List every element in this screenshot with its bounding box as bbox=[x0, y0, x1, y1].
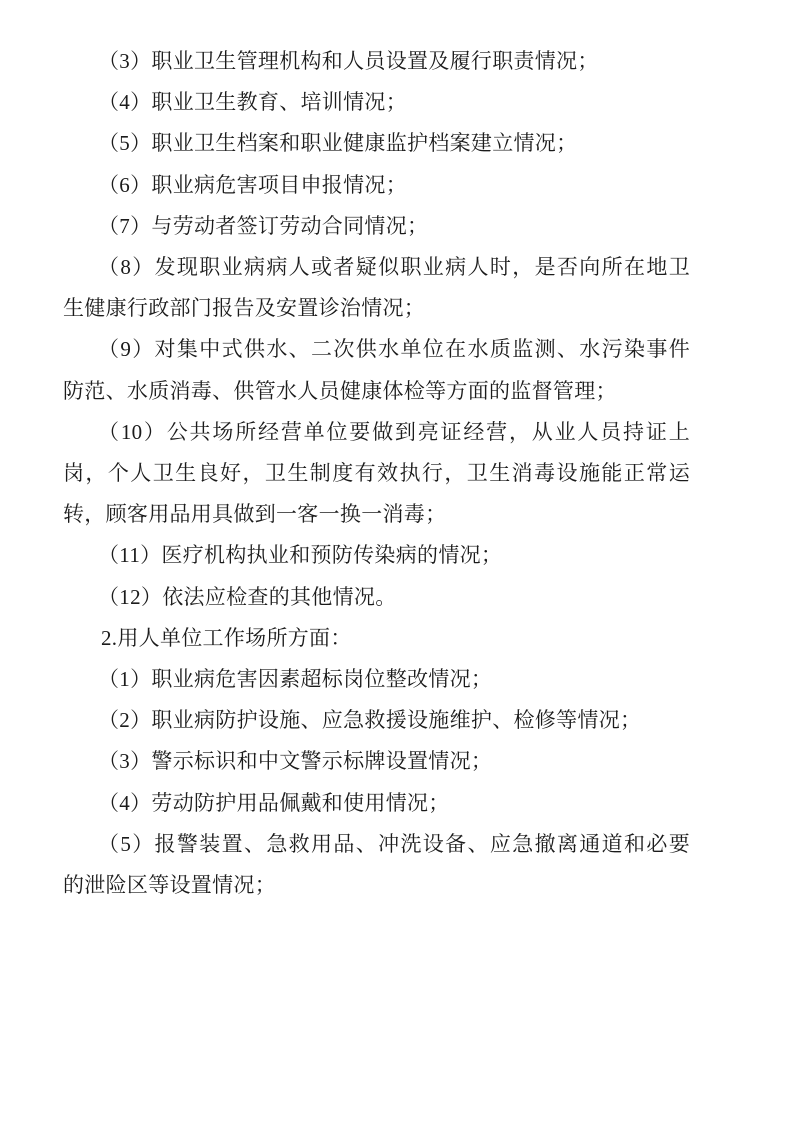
item-1-7: （7）与劳动者签订劳动合同情况； bbox=[63, 206, 690, 247]
text-line: 转，顾客用品用具做到一客一换一消毒； bbox=[63, 494, 690, 535]
section-2-heading: 2.用人单位工作场所方面： bbox=[63, 618, 690, 659]
item-2-3: （3）警示标识和中文警示标牌设置情况； bbox=[63, 741, 690, 782]
text-line: （6）职业病危害项目申报情况； bbox=[63, 165, 690, 206]
document-body: （3）职业卫生管理机构和人员设置及履行职责情况； （4）职业卫生教育、培训情况；… bbox=[63, 41, 690, 906]
text-line: （4）职业卫生教育、培训情况； bbox=[63, 82, 690, 123]
heading-line: 2.用人单位工作场所方面： bbox=[63, 618, 690, 659]
text-line: 防范、水质消毒、供管水人员健康体检等方面的监督管理； bbox=[63, 371, 690, 412]
text-line: （9）对集中式供水、二次供水单位在水质监测、水污染事件 bbox=[63, 329, 690, 370]
text-line: （2）职业病防护设施、应急救援设施维护、检修等情况； bbox=[63, 700, 690, 741]
text-line: 生健康行政部门报告及安置诊治情况； bbox=[63, 288, 690, 329]
text-line: （5）报警装置、急救用品、冲洗设备、应急撤离通道和必要 bbox=[63, 824, 690, 865]
text-line: （12）依法应检查的其他情况。 bbox=[63, 577, 690, 618]
text-line: （3）警示标识和中文警示标牌设置情况； bbox=[63, 741, 690, 782]
text-line: 的泄险区等设置情况； bbox=[63, 865, 690, 906]
item-2-4: （4）劳动防护用品佩戴和使用情况； bbox=[63, 783, 690, 824]
item-1-12: （12）依法应检查的其他情况。 bbox=[63, 577, 690, 618]
text-line: （8）发现职业病病人或者疑似职业病人时，是否向所在地卫 bbox=[63, 247, 690, 288]
text-line: （10）公共场所经营单位要做到亮证经营，从业人员持证上 bbox=[63, 412, 690, 453]
text-line: （3）职业卫生管理机构和人员设置及履行职责情况； bbox=[63, 41, 690, 82]
item-2-5: （5）报警装置、急救用品、冲洗设备、应急撤离通道和必要 的泄险区等设置情况； bbox=[63, 824, 690, 906]
text-line: （7）与劳动者签订劳动合同情况； bbox=[63, 206, 690, 247]
text-line: （5）职业卫生档案和职业健康监护档案建立情况； bbox=[63, 123, 690, 164]
item-1-10: （10）公共场所经营单位要做到亮证经营，从业人员持证上 岗，个人卫生良好，卫生制… bbox=[63, 412, 690, 536]
document-page: （3）职业卫生管理机构和人员设置及履行职责情况； （4）职业卫生教育、培训情况；… bbox=[0, 0, 793, 1122]
item-2-1: （1）职业病危害因素超标岗位整改情况； bbox=[63, 659, 690, 700]
item-1-3: （3）职业卫生管理机构和人员设置及履行职责情况； bbox=[63, 41, 690, 82]
item-1-5: （5）职业卫生档案和职业健康监护档案建立情况； bbox=[63, 123, 690, 164]
item-1-8: （8）发现职业病病人或者疑似职业病人时，是否向所在地卫 生健康行政部门报告及安置… bbox=[63, 247, 690, 329]
item-1-4: （4）职业卫生教育、培训情况； bbox=[63, 82, 690, 123]
item-1-6: （6）职业病危害项目申报情况； bbox=[63, 165, 690, 206]
item-2-2: （2）职业病防护设施、应急救援设施维护、检修等情况； bbox=[63, 700, 690, 741]
text-line: （1）职业病危害因素超标岗位整改情况； bbox=[63, 659, 690, 700]
item-1-9: （9）对集中式供水、二次供水单位在水质监测、水污染事件 防范、水质消毒、供管水人… bbox=[63, 329, 690, 411]
text-line: （4）劳动防护用品佩戴和使用情况； bbox=[63, 783, 690, 824]
text-line: （11）医疗机构执业和预防传染病的情况； bbox=[63, 535, 690, 576]
item-1-11: （11）医疗机构执业和预防传染病的情况； bbox=[63, 535, 690, 576]
text-line: 岗，个人卫生良好，卫生制度有效执行，卫生消毒设施能正常运 bbox=[63, 453, 690, 494]
